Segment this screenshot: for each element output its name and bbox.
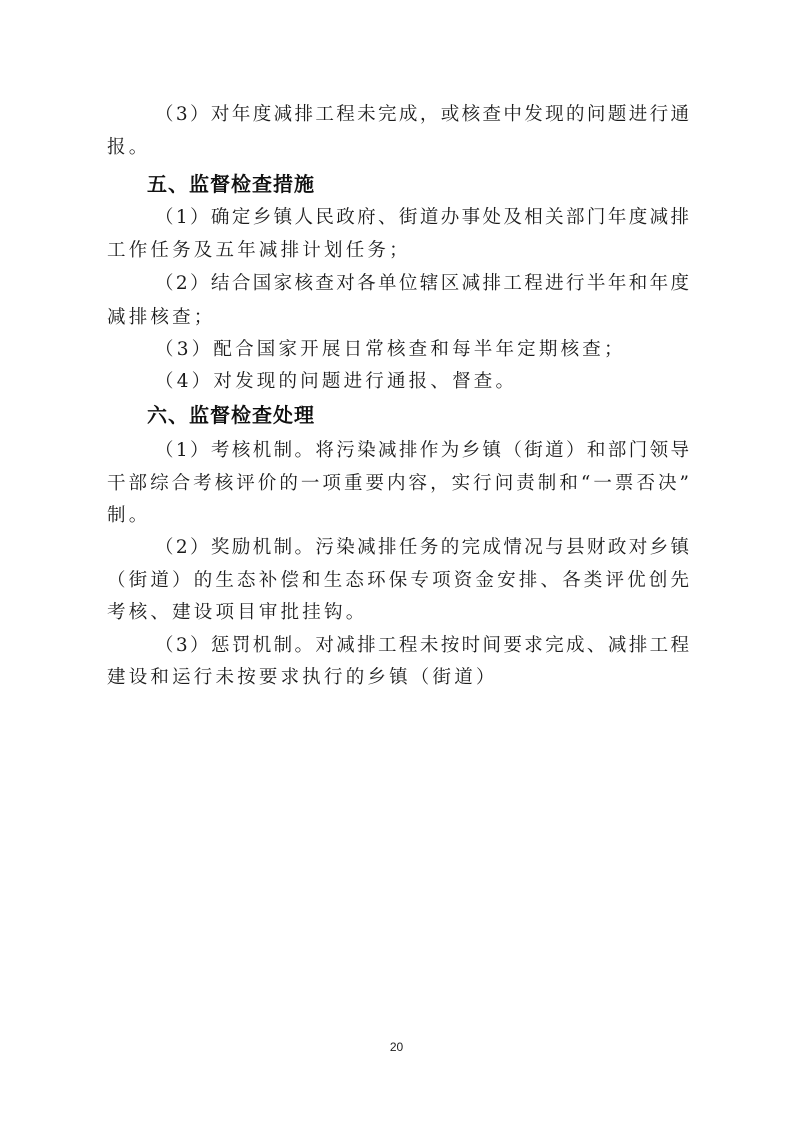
- paragraph-line: 建设和运行未按要求执行的乡镇（街道）: [107, 666, 689, 690]
- section-heading: 五、监督检查措施: [147, 171, 315, 197]
- paragraph-line: （街道）的生态补偿和生态环保专项资金安排、各类评优创先: [107, 569, 689, 593]
- page-number: 20: [0, 1040, 793, 1054]
- paragraph-line: （2）结合国家核查对各单位辖区减排工程进行半年和年度: [155, 272, 689, 296]
- paragraph-line: 减排核查；: [107, 306, 689, 330]
- section-heading: 六、监督检查处理: [147, 402, 315, 428]
- paragraph-line: （1）考核机制。将污染减排作为乡镇（街道）和部门领导: [155, 439, 689, 463]
- paragraph-line: 制。: [107, 504, 689, 528]
- paragraph-line: （4）对发现的问题进行通报、督查。: [155, 370, 689, 394]
- paragraph-line: 考核、建设项目审批挂钩。: [107, 601, 689, 625]
- paragraph-line: （3）惩罚机制。对减排工程未按时间要求完成、减排工程: [155, 634, 689, 658]
- paragraph-line: 干部综合考核评价的一项重要内容，实行问责制和“一票否决”: [107, 472, 689, 496]
- paragraph-line: （1）确定乡镇人民政府、街道办事处及相关部门年度减排: [155, 206, 689, 230]
- paragraph-line: （2）奖励机制。污染减排任务的完成情况与县财政对乡镇: [155, 536, 689, 560]
- paragraph-line: 报。: [107, 136, 689, 160]
- paragraph-line: （3）配合国家开展日常核查和每半年定期核查；: [155, 338, 689, 362]
- paragraph-line: 工作任务及五年减排计划任务；: [107, 239, 689, 263]
- paragraph-line: （3）对年度减排工程未完成，或核查中发现的问题进行通: [155, 103, 689, 127]
